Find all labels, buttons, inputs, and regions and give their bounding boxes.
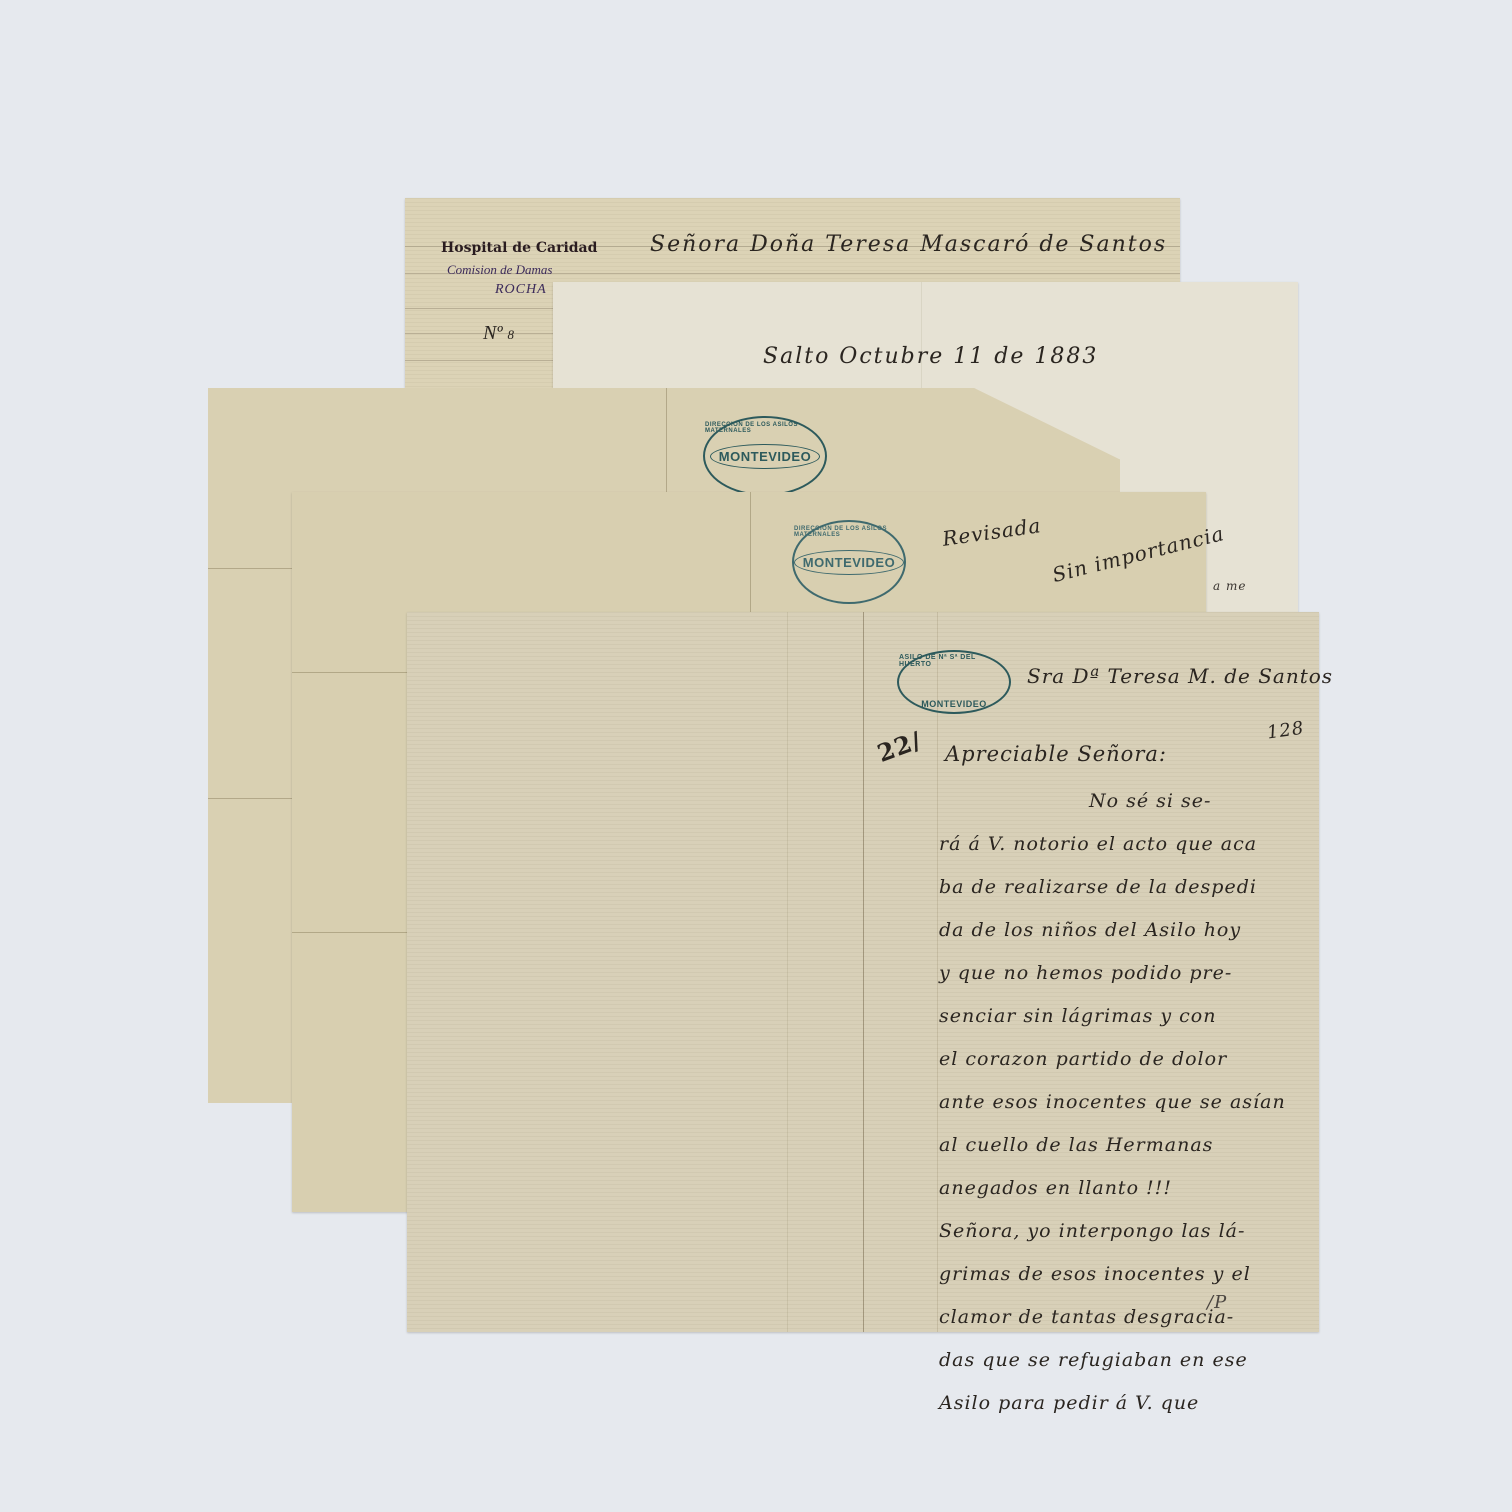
annotation-sin-importancia: Sin importancia [1050,521,1227,587]
ruled-line [405,333,555,334]
body-line: Señora, yo interpongo las lá- [939,1220,1314,1263]
annotation-revisada: Revisada [941,513,1043,551]
body-line: Asilo para pedir á V. que [939,1392,1314,1435]
body-line: rá á V. notorio el acto que aca [939,833,1314,876]
margin-fragment: a me [1213,579,1246,593]
ruled-line [405,308,555,309]
body-line: das que se refugiaban en ese [939,1349,1314,1392]
reference-number: 128 [1266,718,1306,744]
folio-number: 22/ [873,725,925,768]
body-line: da de los niños del Asilo hoy [939,919,1314,962]
greeting: Apreciable Señora: [945,742,1167,766]
stamp-ring-text: DIRECCION DE LOS ASILOS MATERNALES [794,526,904,538]
body-line: No sé si se- [1089,790,1464,833]
body-line: el corazon partido de dolor [939,1048,1314,1091]
letterhead-city: ROCHA [495,282,547,298]
page-turn-mark: /P [1207,1292,1227,1313]
margin-line [937,612,938,1332]
montevideo-stamp: DIRECCION DE LOS ASILOS MATERNALES MONTE… [792,520,906,604]
number-value: 8 [508,327,515,342]
fold-line [787,612,788,1332]
body-line: anegados en llanto !!! [939,1177,1314,1220]
body-line: grimas de esos inocentes y el [939,1263,1314,1306]
center-fold [863,612,864,1332]
montevideo-stamp: DIRECCION DE LOS ASILOS MATERNALES MONTE… [703,416,827,496]
stamp-center-text: MONTEVIDEO [710,444,820,469]
body-line: y que no hemos podido pre- [939,962,1314,1005]
salutation-header: Sra Dª Teresa M. de Santos [1027,664,1333,688]
addressee-line: Señora Doña Teresa Mascaró de Santos [650,232,1167,257]
body-line: clamor de tantas desgracia- [939,1306,1314,1349]
stamp-ring-text: ASILO DE Nª Sª DEL HUERTO [899,654,1009,668]
body-line: ante esos inocentes que se asían [939,1091,1314,1134]
dateline: Salto Octubre 11 de 1883 [763,344,1098,369]
ruled-line [405,360,555,361]
body-line: ba de realizarse de la despedi [939,876,1314,919]
letterhead-title: Hospital de Caridad [441,240,597,256]
letter-main-asilo-del-huerto: ASILO DE Nª Sª DEL HUERTO MONTEVIDEO Sra… [407,612,1319,1332]
stamp-center-text: MONTEVIDEO [794,550,904,575]
number-label: Nº [483,322,503,344]
body-line: senciar sin lágrimas y con [939,1005,1314,1048]
body-line: al cuello de las Hermanas [939,1134,1314,1177]
stamp-center-text: MONTEVIDEO [921,699,987,709]
stamp-ring-text: DIRECCION DE LOS ASILOS MATERNALES [705,422,825,434]
number-field: Nº 8 [483,322,514,345]
letter-body: No sé si se- rá á V. notorio el acto que… [939,790,1314,1435]
letterhead-subtitle: Comision de Damas [447,262,552,278]
huerto-stamp: ASILO DE Nª Sª DEL HUERTO MONTEVIDEO [897,650,1011,714]
